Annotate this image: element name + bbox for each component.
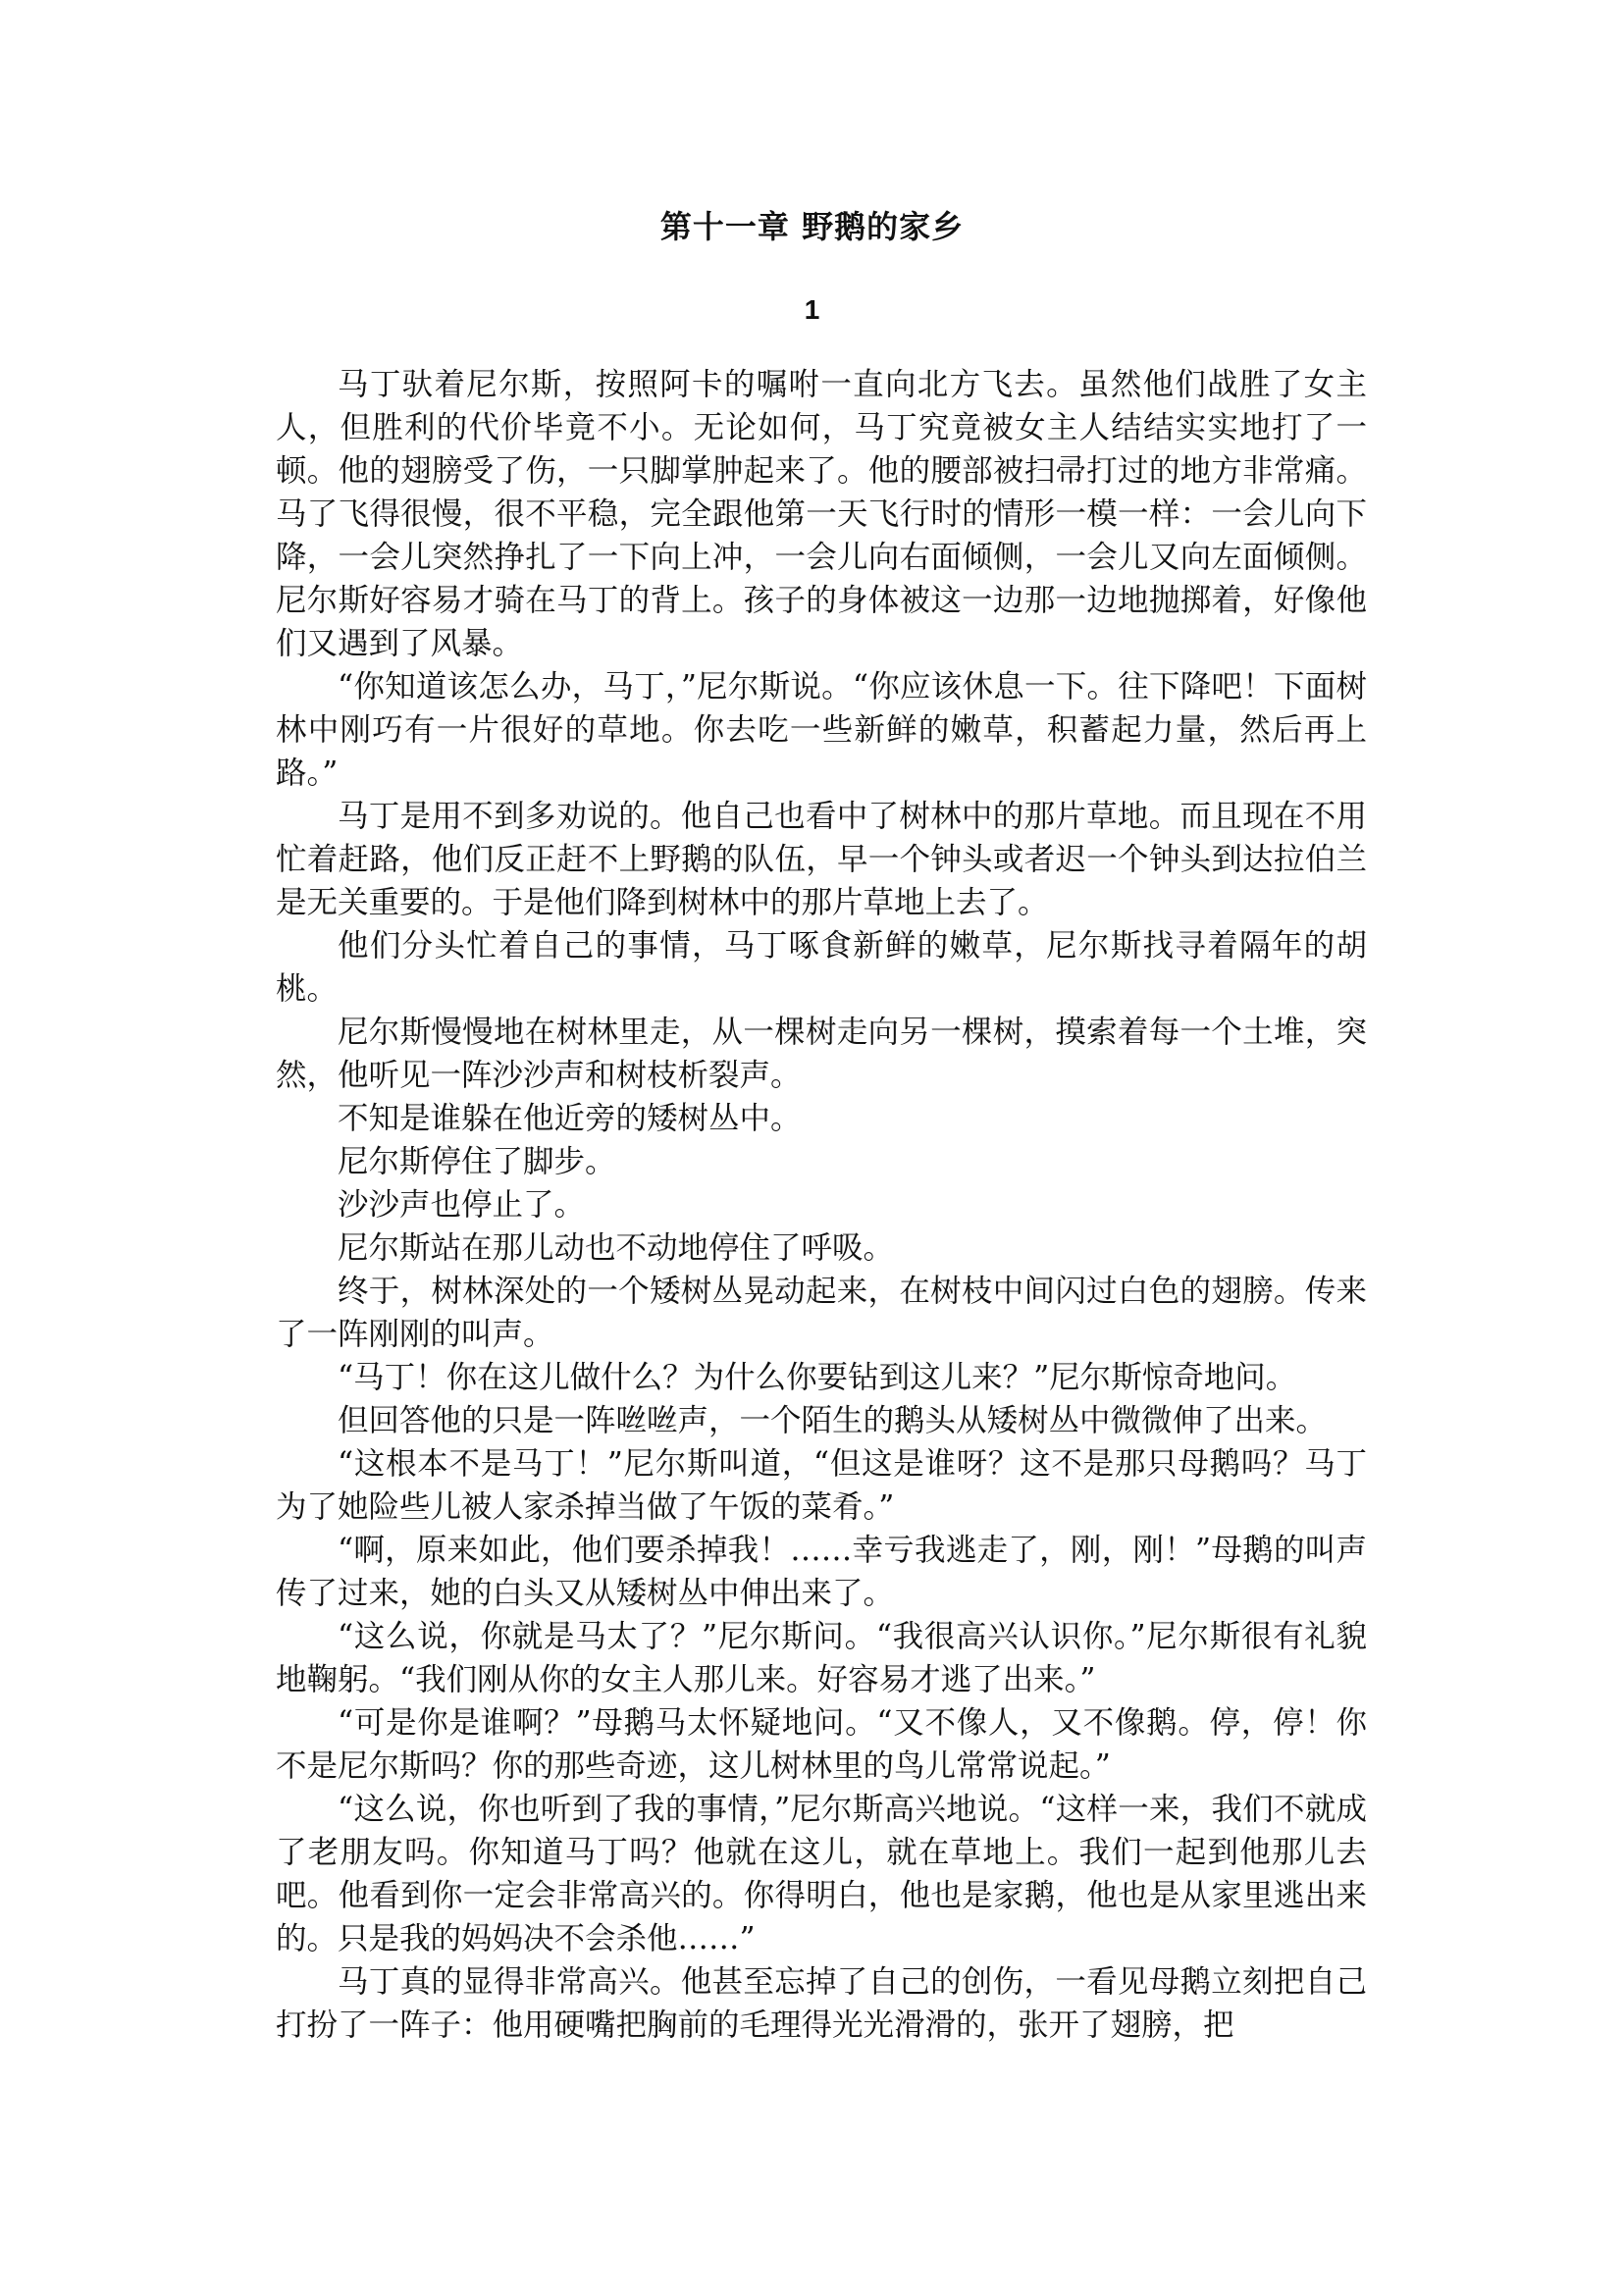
paragraph: 马丁真的显得非常高兴。他甚至忘掉了自己的创伤，一看见母鹅立刻把自己打扮了一阵子：… bbox=[276, 1960, 1367, 2047]
paragraph: 马丁是用不到多劝说的。他自己也看中了树林中的那片草地。而且现在不用忙着赶路，他们… bbox=[276, 795, 1367, 924]
paragraph: “你知道该怎么办，马丁，”尼尔斯说。“你应该休息一下。往下降吧！下面树林中刚巧有… bbox=[276, 665, 1367, 795]
paragraph: “这根本不是马丁！”尼尔斯叫道，“但这是谁呀？这不是那只母鹅吗？马丁为了她险些儿… bbox=[276, 1442, 1367, 1529]
paragraph: “啊，原来如此，他们要杀掉我！……幸亏我逃走了，刚，刚！”母鹅的叫声传了过来，她… bbox=[276, 1529, 1367, 1615]
paragraph: 尼尔斯慢慢地在树林里走，从一棵树走向另一棵树，摸索着每一个土堆，突然，他听见一阵… bbox=[276, 1011, 1367, 1097]
document-page: 第十一章 野鹅的家乡 1 马丁驮着尼尔斯，按照阿卡的嘱咐一直向北方飞去。虽然他们… bbox=[0, 0, 1624, 2294]
paragraph: 不知是谁躲在他近旁的矮树丛中。 bbox=[276, 1097, 1367, 1140]
paragraph: “马丁！你在这儿做什么？为什么你要钻到这儿来？”尼尔斯惊奇地问。 bbox=[276, 1356, 1367, 1399]
paragraph: “可是你是谁啊？”母鹅马太怀疑地问。“又不像人，又不像鹅。停，停！你不是尼尔斯吗… bbox=[276, 1701, 1367, 1788]
paragraph: 他们分头忙着自己的事情，马丁啄食新鲜的嫩草，尼尔斯找寻着隔年的胡桃。 bbox=[276, 924, 1367, 1011]
paragraph: 但回答他的只是一阵咝咝声，一个陌生的鹅头从矮树丛中微微伸了出来。 bbox=[276, 1399, 1367, 1442]
paragraph: 沙沙声也停止了。 bbox=[276, 1183, 1367, 1226]
body-text: 马丁驮着尼尔斯，按照阿卡的嘱咐一直向北方飞去。虽然他们战胜了女主人，但胜利的代价… bbox=[276, 363, 1367, 2047]
paragraph: 尼尔斯站在那儿动也不动地停住了呼吸。 bbox=[276, 1226, 1367, 1270]
chapter-title: 第十一章 野鹅的家乡 bbox=[0, 202, 1624, 247]
paragraph: 马丁驮着尼尔斯，按照阿卡的嘱咐一直向北方飞去。虽然他们战胜了女主人，但胜利的代价… bbox=[276, 363, 1367, 665]
paragraph: 尼尔斯停住了脚步。 bbox=[276, 1140, 1367, 1183]
section-number: 1 bbox=[0, 294, 1624, 326]
paragraph: “这么说，你就是马太了？”尼尔斯问。“我很高兴认识你。”尼尔斯很有礼貌地鞠躬。“… bbox=[276, 1615, 1367, 1701]
paragraph: 终于，树林深处的一个矮树丛晃动起来，在树枝中间闪过白色的翅膀。传来了一阵刚刚的叫… bbox=[276, 1270, 1367, 1356]
paragraph: “这么说，你也听到了我的事情，”尼尔斯高兴地说。“这样一来，我们不就成了老朋友吗… bbox=[276, 1788, 1367, 1960]
